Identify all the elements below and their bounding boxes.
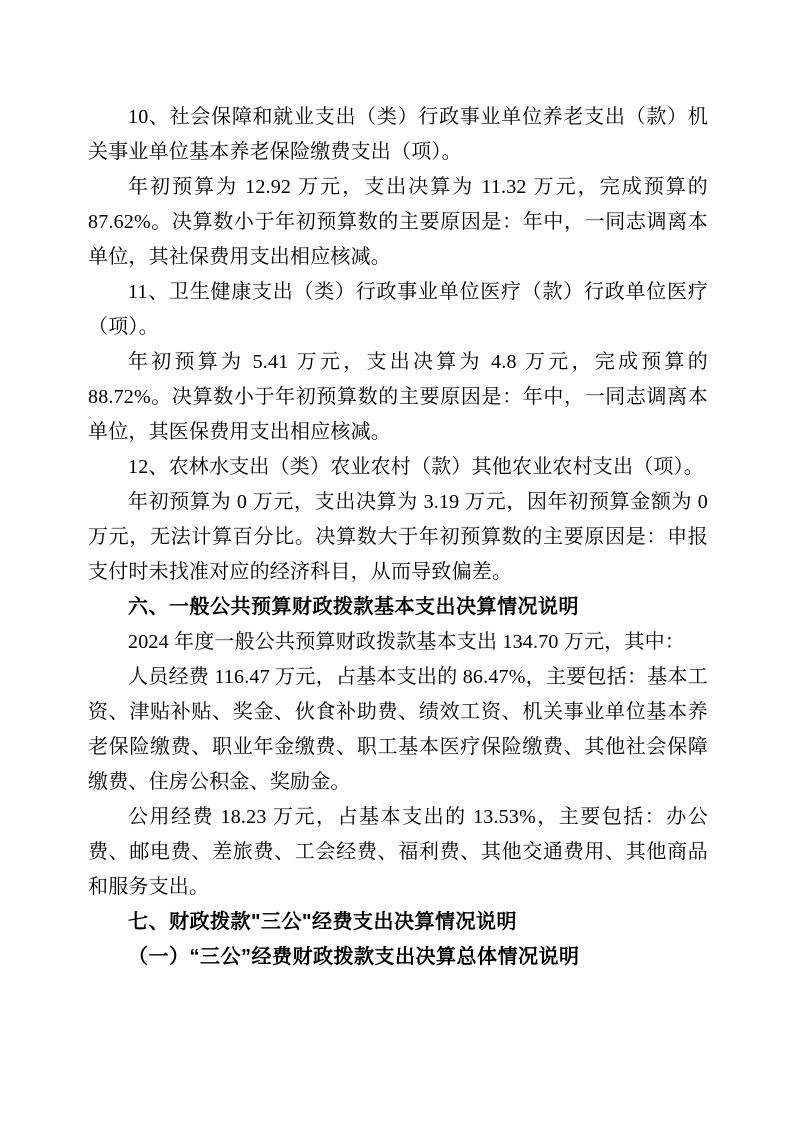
subsection-heading-one: （一）“三公”经费财政拨款支出决算总体情况说明 — [88, 940, 708, 975]
section-heading-seven: 七、财政拨款"三公"经费支出决算情况说明 — [88, 905, 708, 940]
body-paragraph-item-11: 11、卫生健康支出（类）行政事业单位医疗（款）行政单位医疗（项）。 — [88, 275, 708, 345]
body-paragraph-item-12: 12、农林水支出（类）农业农村（款）其他农业农村支出（项）。 — [88, 450, 708, 485]
section-heading-six: 六、一般公共预算财政拨款基本支出决算情况说明 — [88, 590, 708, 625]
body-paragraph-item-10: 10、社会保障和就业支出（类）行政事业单位养老支出（款）机关事业单位基本养老保险… — [88, 100, 708, 170]
body-paragraph-item-10-detail: 年初预算为 12.92 万元，支出决算为 11.32 万元，完成预算的 87.6… — [88, 170, 708, 275]
document-page: 10、社会保障和就业支出（类）行政事业单位养老支出（款）机关事业单位基本养老保险… — [0, 0, 793, 1122]
body-paragraph-public-funds: 公用经费 18.23 万元，占基本支出的 13.53%，主要包括：办公费、邮电费… — [88, 800, 708, 905]
body-paragraph-item-12-detail: 年初预算为 0 万元，支出决算为 3.19 万元，因年初预算金额为 0 万元，无… — [88, 485, 708, 590]
document-content: 10、社会保障和就业支出（类）行政事业单位养老支出（款）机关事业单位基本养老保险… — [88, 100, 708, 975]
body-paragraph-item-11-detail: 年初预算为 5.41 万元，支出决算为 4.8 万元，完成预算的 88.72%。… — [88, 345, 708, 450]
body-paragraph-basic-expenditure-total: 2024 年度一般公共预算财政拨款基本支出 134.70 万元，其中： — [88, 625, 708, 660]
body-paragraph-personnel-funds: 人员经费 116.47 万元，占基本支出的 86.47%，主要包括：基本工资、津… — [88, 660, 708, 800]
